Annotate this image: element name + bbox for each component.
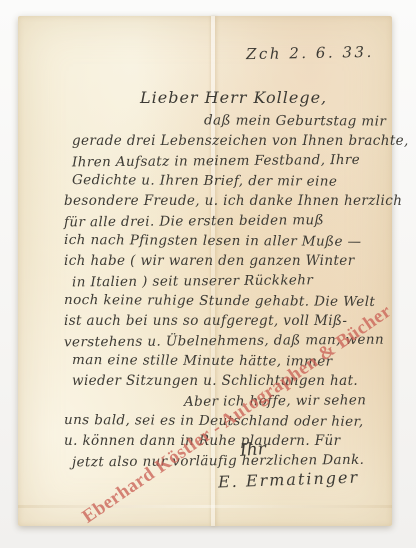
letter-salutation: Lieber Herr Kollege, <box>140 88 327 107</box>
letter-line: in Italien ) seit unserer Rückkehr <box>72 272 390 295</box>
letter-line: daß mein Geburtstag mir <box>204 112 390 133</box>
letter-line: besondere Freude, u. ich danke Ihnen her… <box>64 193 390 213</box>
letter-line: noch keine ruhige Stunde gehabt. Die Wel… <box>64 292 390 314</box>
letter-line: gerade drei Lebenszeichen von Ihnen brac… <box>72 133 390 153</box>
letter-line: Ihren Aufsatz in meinem Festband, Ihre <box>72 152 390 175</box>
letter-line: wieder Sitzungen u. Schlichtungen hat. <box>72 373 390 393</box>
letter-line: für alle drei. Die ersten beiden muß <box>64 212 390 235</box>
letter-line: Gedichte u. Ihren Brief, der mir eine <box>72 172 390 194</box>
letter-line: ich nach Pfingsten lesen in aller Muße — <box>64 232 390 254</box>
horizontal-fold-line <box>18 505 392 508</box>
letter-photograph: Zch 2. 6. 33. Lieber Herr Kollege, daß m… <box>0 0 416 548</box>
letter-line: ich habe ( wir waren den ganzen Winter <box>64 253 390 273</box>
letter-signature: E. Ermatinger <box>218 468 360 492</box>
letter-closing: Ihr <box>239 439 266 461</box>
letter-dateline: Zch 2. 6. 33. <box>246 43 374 63</box>
